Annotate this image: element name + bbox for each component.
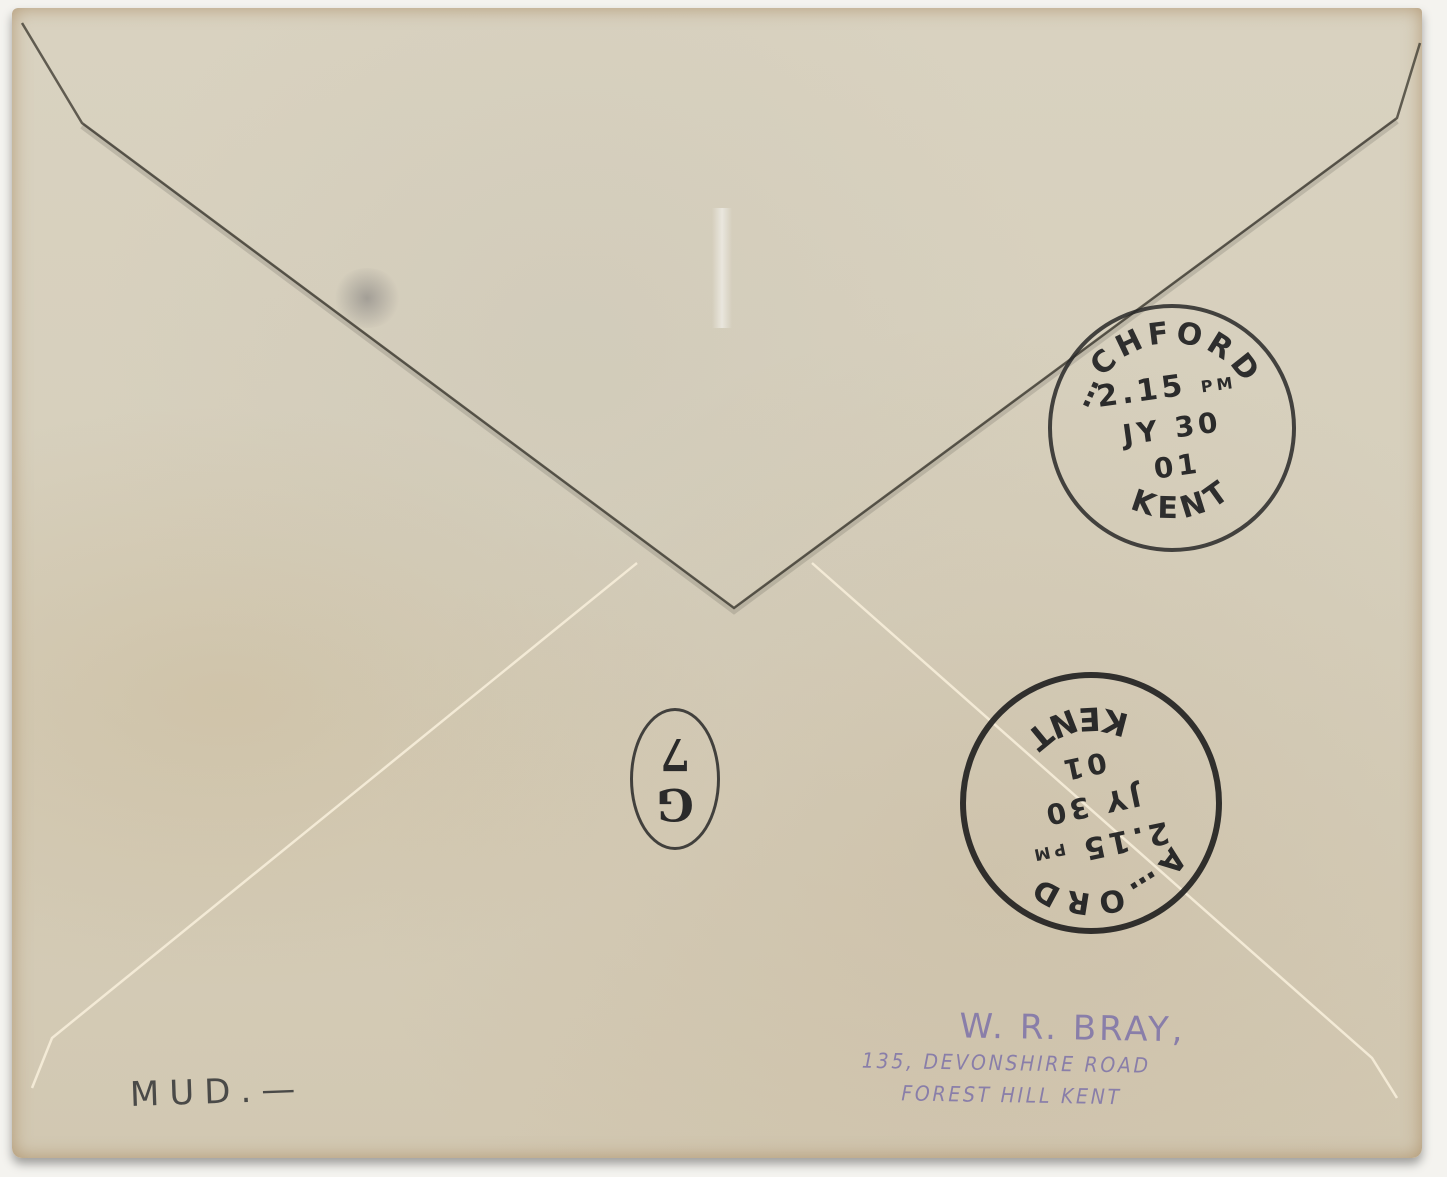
- envelope-back: …CHFORD KENT 2.15 PM JY 30 01: [12, 8, 1422, 1158]
- postmark-upper-year: 01: [1152, 447, 1203, 486]
- postmark-upper-day: 30: [1172, 405, 1223, 444]
- postmark-upper: …CHFORD KENT 2.15 PM JY 30 01: [1032, 288, 1312, 568]
- sender-name: W. R. BRAY,: [882, 1005, 1263, 1052]
- paper-scuff: [712, 208, 732, 328]
- oval-line1: G: [633, 778, 717, 829]
- envelope-flap-folds: [12, 8, 1422, 1158]
- oval-handstamp: G 7: [630, 708, 720, 850]
- postmark-lower-time-suffix: PM: [1029, 839, 1068, 865]
- postmark-upper-time-suffix: PM: [1200, 373, 1238, 397]
- sender-address-line1: 135, DEVONSHIRE ROAD: [862, 1049, 1222, 1079]
- postmark-lower: A…ORD KENT 2.15 PM JY 30 01: [960, 672, 1222, 934]
- ink-smudge: [332, 268, 402, 328]
- sender-handstamp: W. R. BRAY, 135, DEVONSHIRE ROAD FOREST …: [841, 1004, 1263, 1111]
- pencil-note: MUD.—: [129, 1069, 306, 1115]
- postmark-upper-month: JY: [1121, 414, 1164, 452]
- oval-line2: 7: [633, 728, 717, 779]
